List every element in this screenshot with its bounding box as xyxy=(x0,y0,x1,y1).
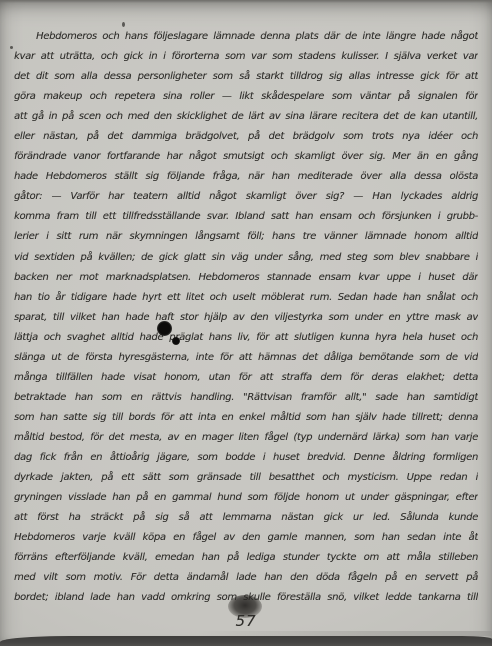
text-line: lerier i sitt rum när skymningen långsam… xyxy=(14,227,478,247)
text-line: komma fram till ett tillfredsställande s… xyxy=(14,207,478,227)
text-line: slänga ut de första hyresgästerna, inte … xyxy=(14,348,478,368)
text-line: många tillfällen hade visat honom, utan … xyxy=(14,368,478,388)
text-line: göra makeup och repetera sina roller — l… xyxy=(14,87,478,107)
text-line: förräns efterföljande kväll, emedan han … xyxy=(14,548,478,568)
text-line: backen ner mot marknadsplatsen. Hebdomer… xyxy=(14,268,478,288)
text-line: hade Hebdomeros ställt sig följande fråg… xyxy=(14,167,478,187)
text-line: dyrkade jakten, på ett sätt som gränsade… xyxy=(14,468,478,488)
ink-dot xyxy=(172,337,180,345)
text-line: måltid bestod, för det mesta, av en mage… xyxy=(14,428,478,448)
ink-blot xyxy=(157,321,172,336)
text-line: förändrade vanor fortfarande har något s… xyxy=(14,147,478,167)
text-line: betraktade han som en rättvis handling. … xyxy=(14,388,478,408)
text-line: lättja och svaghet alltid hade präglat h… xyxy=(14,328,478,348)
paper-speck xyxy=(10,46,13,49)
page-number: 57 xyxy=(14,612,478,630)
text-line: sparat, till vilket han hade haft stor h… xyxy=(14,308,478,328)
scanned-book-page: Hebdomeros och hans följeslagare lämnade… xyxy=(0,0,492,646)
text-line: Hebdomeros och hans följeslagare lämnade… xyxy=(14,27,478,47)
text-line: han tio år tidigare hade hyrt ett litet … xyxy=(14,288,478,308)
text-line: kvar att uträtta, och gick in i förorter… xyxy=(14,47,478,67)
scan-bottom-edge xyxy=(0,636,492,646)
text-line: att först ha sträckt på sig så att lemma… xyxy=(14,508,478,528)
text-line: det dit som alla dessa personligheter so… xyxy=(14,67,478,87)
paper-speck xyxy=(122,22,125,27)
text-line: som han satte sig till bords för att int… xyxy=(14,408,478,428)
text-line: gåtor: — Varför har teatern alltid något… xyxy=(14,187,478,207)
text-line: med vilt som motiv. För detta ändamål la… xyxy=(14,568,478,588)
text-line: dag fick från en åttioårig jägare, som b… xyxy=(14,448,478,468)
page-text: Hebdomeros och hans följeslagare lämnade… xyxy=(14,27,478,608)
text-line: vid sextiden på kvällen; de gick glatt s… xyxy=(14,248,478,268)
scan-top-edge xyxy=(0,0,492,3)
text-line: Hebdomeros varje kväll köpa en fågel av … xyxy=(14,528,478,548)
text-line: att gå in på scen och med den skicklighe… xyxy=(14,107,478,127)
text-line: gryningen visslade han på en gammal hund… xyxy=(14,488,478,508)
text-line: eller nästan, på det dammiga brädgolvet,… xyxy=(14,127,478,147)
